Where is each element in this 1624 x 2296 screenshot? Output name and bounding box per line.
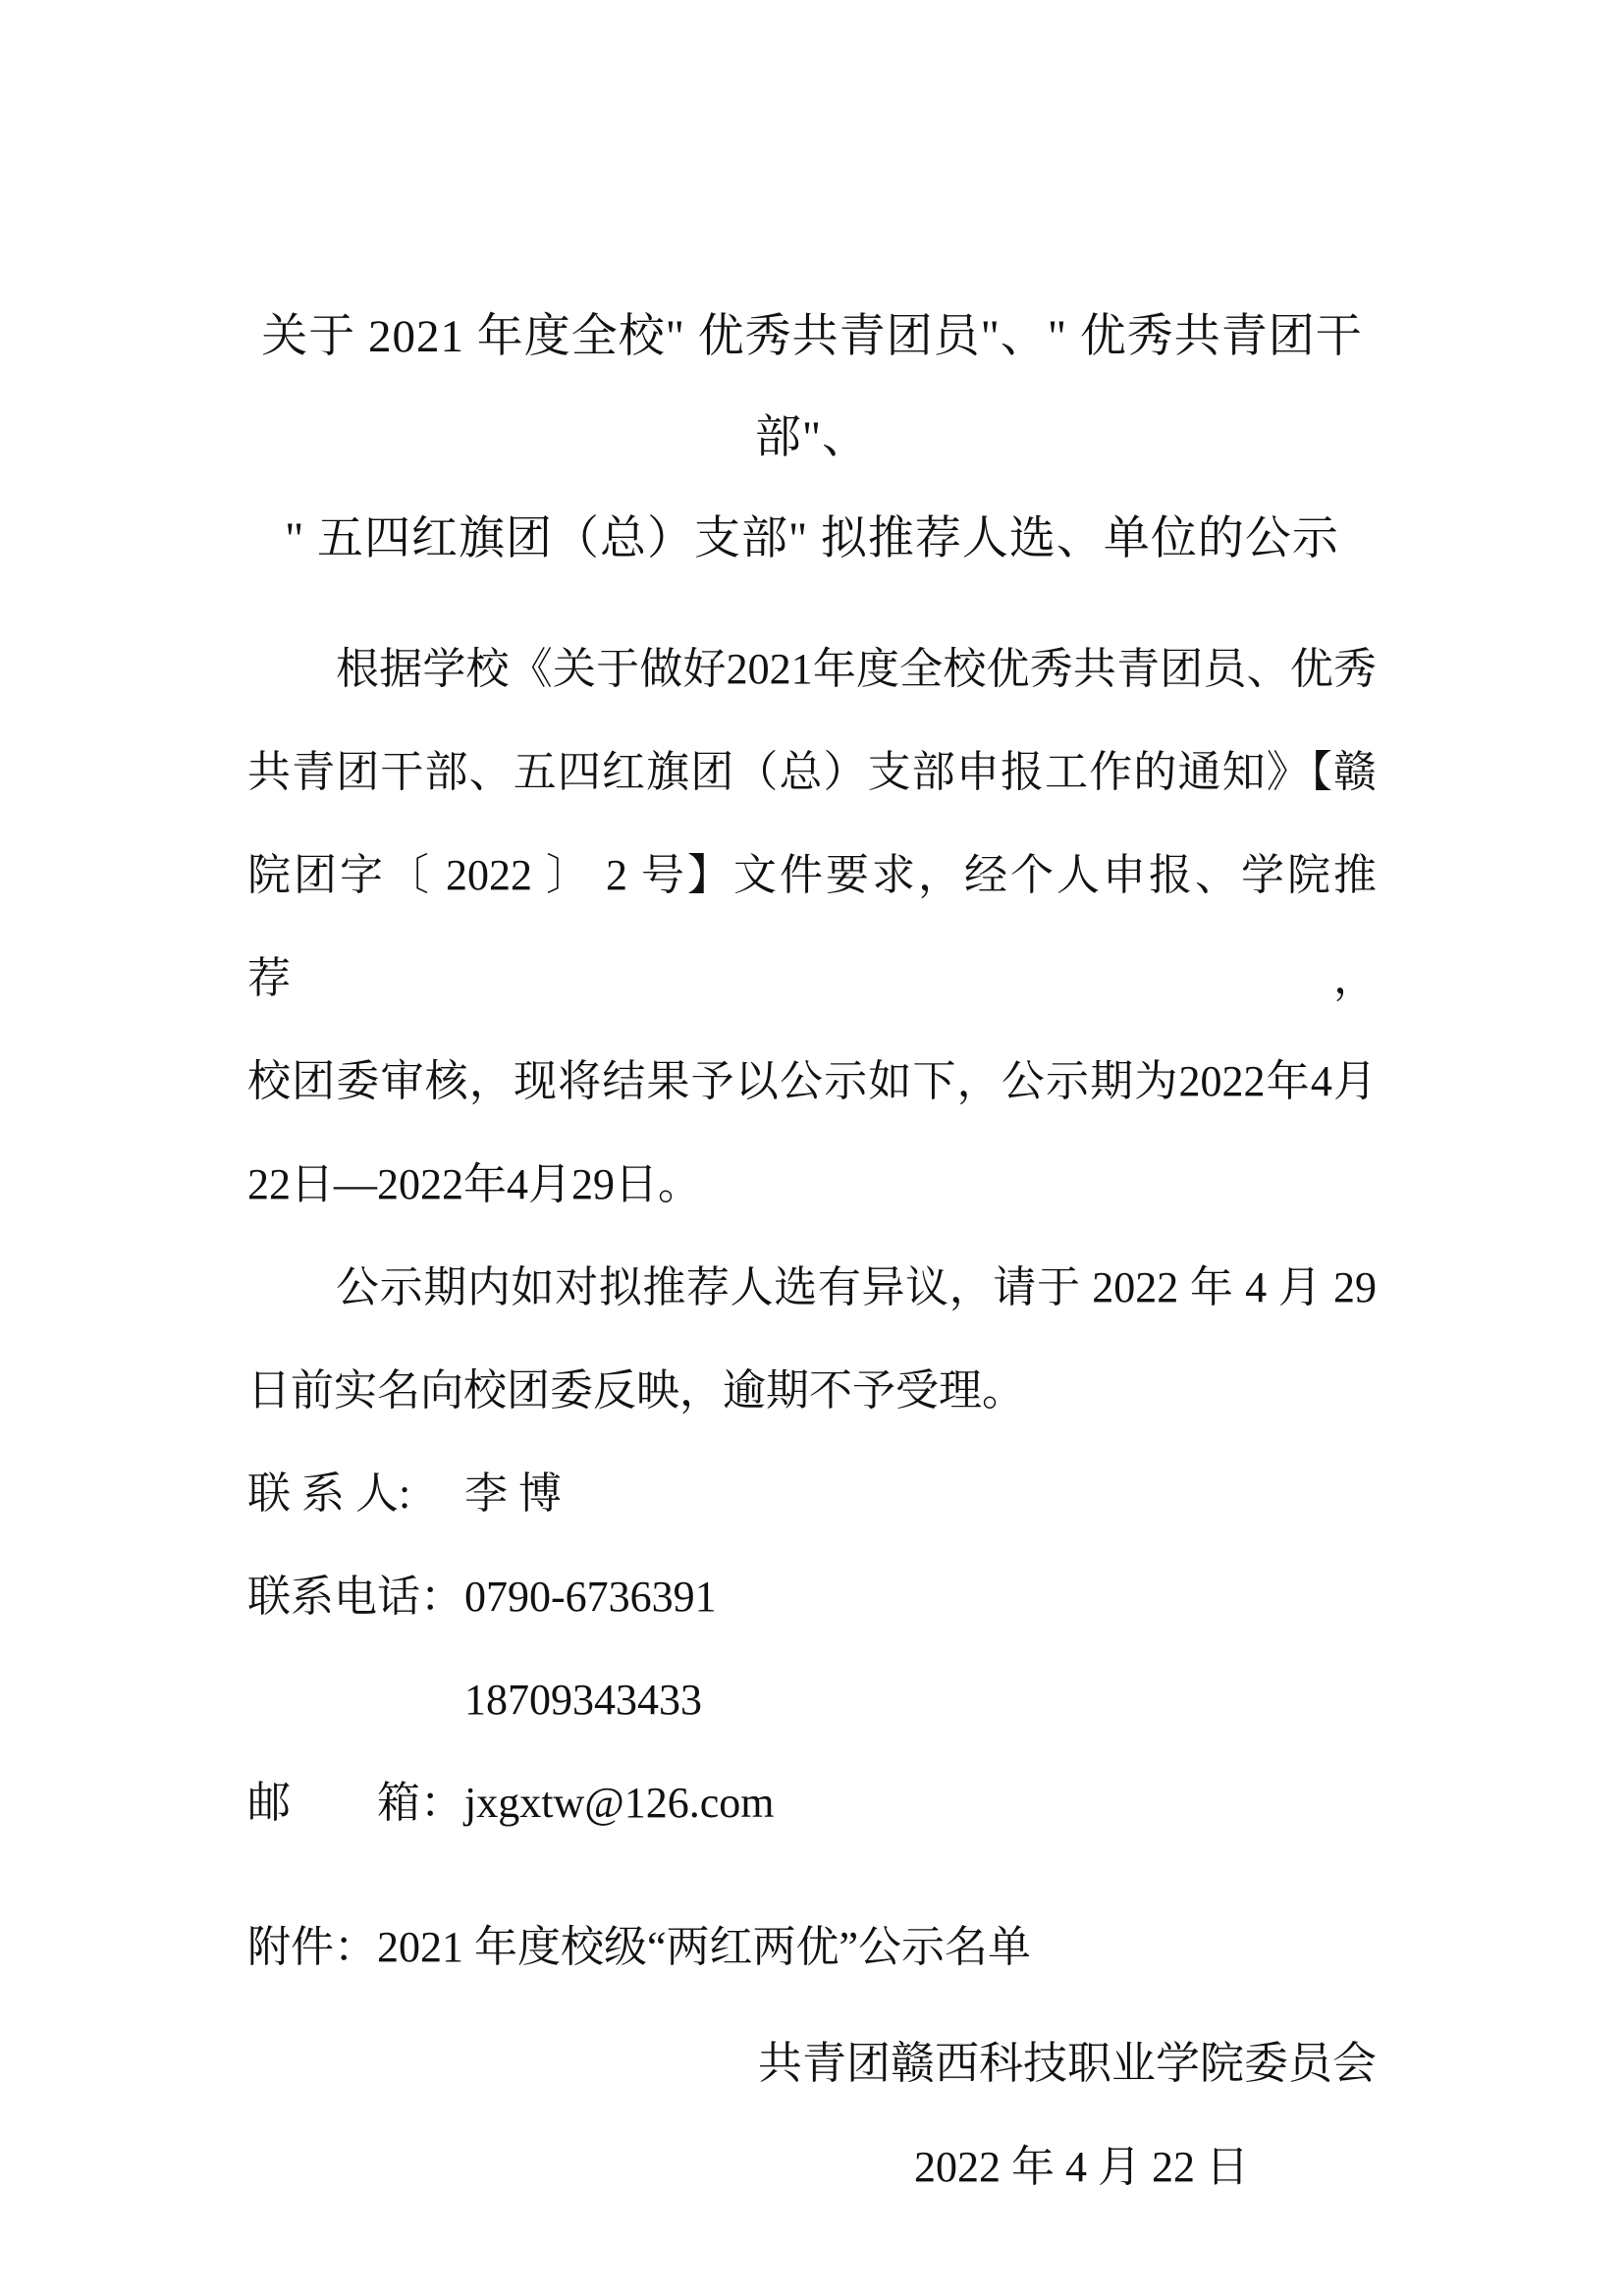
paragraph-1-line-2: 共青团干部、五四红旗团（总）支部申报工作的通知》【赣 [247,721,1377,824]
paragraph-2: 公示期内如对拟推荐人选有异议，请于 2022 年 4 月 29 日前实名向校团委… [247,1236,1377,1442]
contact-person-value: 李 博 [464,1469,562,1518]
paragraph-1-line-4: 校团委审核，现将结果予以公示如下，公示期为2022年4月 [247,1030,1377,1133]
contact-email-row: 邮 箱：jxgxtw@126.com [247,1751,1377,1854]
contact-person-row: 联 系 人: 李 博 [247,1442,1377,1545]
contact-person-label: 联 系 人: [247,1442,464,1545]
contact-phone-label: 联系电话： [247,1545,464,1648]
title-line-2: " 五四红旗团（总）支部" 拟推荐人选、单位的公示 [247,489,1377,590]
contact-phone2-value: 18709343433 [464,1676,702,1724]
paragraph-1: 根据学校《关于做好2021年度全校优秀共青团员、优秀 共青团干部、五四红旗团（总… [247,617,1377,1236]
paragraph-2-line-2: 日前实名向校团委反映，逾期不予受理。 [247,1339,1377,1442]
paragraph-1-line-1: 根据学校《关于做好2021年度全校优秀共青团员、优秀 [247,617,1377,721]
contact-email-label: 邮 箱： [247,1751,464,1854]
document-page: 关于 2021 年度全校" 优秀共青团员"、" 优秀共青团干部"、 " 五四红旗… [0,0,1624,2296]
contact-phone-row: 联系电话：0790-6736391 [247,1545,1377,1648]
attachment-line: 附件：2021 年度校级“两红两优”公示名单 [247,1896,1377,1999]
contact-email-value: jxgxtw@126.com [464,1779,775,1827]
paragraph-1-line-5: 22日—2022年4月29日。 [247,1133,1377,1236]
issuing-organization: 共青团赣西科技职业学院委员会 [247,2012,1377,2115]
title-line-1: 关于 2021 年度全校" 优秀共青团员"、" 优秀共青团干部"、 [247,287,1377,489]
contact-phone2-row: 18709343433 [247,1648,1377,1751]
contact-phone-value: 0790-6736391 [464,1573,717,1621]
paragraph-1-line-3: 院团字〔 2022 〕 2 号】文件要求，经个人申报、学院推荐， [247,824,1377,1030]
document-title: 关于 2021 年度全校" 优秀共青团员"、" 优秀共青团干部"、 " 五四红旗… [247,287,1377,590]
document-date: 2022 年 4 月 22 日 [247,2115,1377,2218]
paragraph-2-line-1: 公示期内如对拟推荐人选有异议，请于 2022 年 4 月 29 [247,1236,1377,1339]
document-content: 关于 2021 年度全校" 优秀共青团员"、" 优秀共青团干部"、 " 五四红旗… [247,287,1377,2218]
